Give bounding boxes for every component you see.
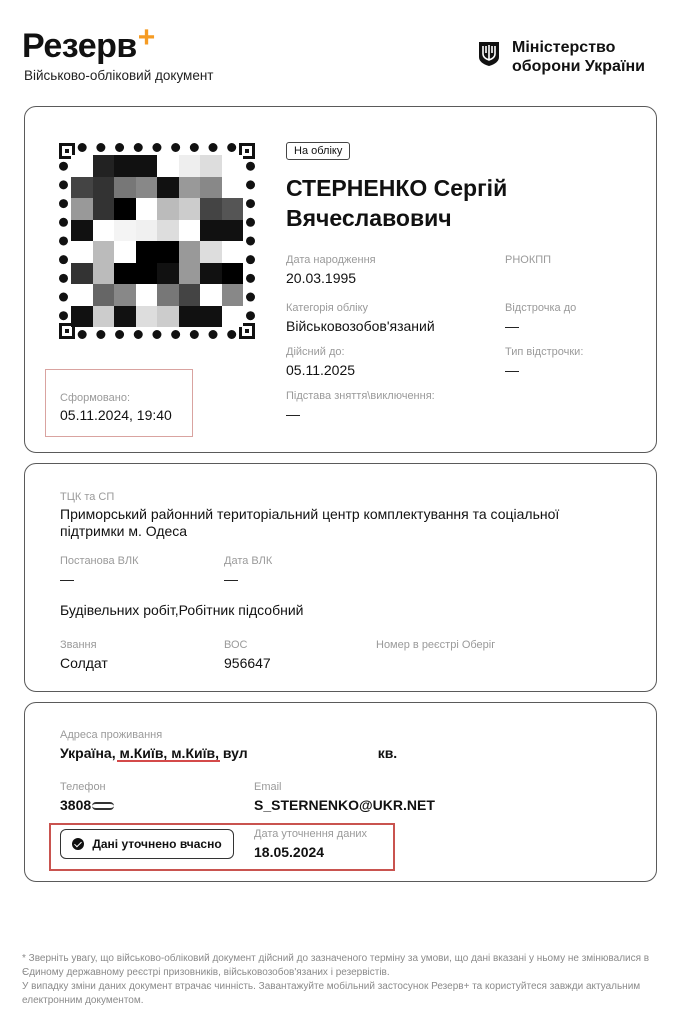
field-value: 05.11.2025 <box>286 361 355 379</box>
footnote-line-1: * Зверніть увагу, що військово-обліковий… <box>22 952 652 980</box>
field-label: Відстрочка до <box>505 301 576 315</box>
status-badge: На обліку <box>286 142 350 160</box>
field-birth-date: Дата народження 20.03.1995 <box>286 253 376 287</box>
registration-card: ТЦК та СП Приморський районний територіа… <box>24 463 657 692</box>
field-label: Звання <box>60 638 108 652</box>
brand-block: Резерв+ Військово-обліковий документ <box>22 28 213 83</box>
field-value: Україна, м.Київ, м.Київ, вулкв. <box>60 744 397 762</box>
field-label: ВОС <box>224 638 271 652</box>
field-removal-basis: Підстава зняття\виключення: — <box>286 389 435 423</box>
field-label: РНОКПП <box>505 253 551 267</box>
field-address: Адреса проживання Україна, м.Київ, м.Киї… <box>60 728 397 762</box>
formed-label: Сформовано: <box>60 392 130 404</box>
field-oberig-number: Номер в реєстрі Оберіг <box>376 638 495 654</box>
surname-name: СТЕРНЕНКО Сергій <box>286 173 606 203</box>
field-vlk-resolution: Постанова ВЛК — <box>60 554 138 588</box>
field-value: — <box>60 570 138 588</box>
person-full-name: СТЕРНЕНКО Сергій Вячеславович <box>286 173 606 233</box>
field-label: Номер в реєстрі Оберіг <box>376 638 495 652</box>
field-value: 956647 <box>224 654 271 672</box>
ministry-line-1: Міністерство <box>512 38 645 57</box>
data-updated-chip: Дані уточнено вчасно <box>60 829 234 859</box>
field-label: Дата ВЛК <box>224 554 272 568</box>
field-value: — <box>505 317 576 335</box>
field-tck: ТЦК та СП Приморський районний територіа… <box>60 490 620 540</box>
profession: Будівельних робіт,Робітник підсобний <box>60 602 303 618</box>
field-label: Телефон <box>60 780 114 794</box>
field-rnokpp: РНОКПП <box>505 253 551 269</box>
field-email: Email S_STERNENKO@UKR.NET <box>254 780 435 814</box>
identity-card: Сформовано: 05.11.2024, 19:40 На обліку … <box>24 106 657 453</box>
qr-code[interactable] <box>59 143 255 339</box>
field-vos: ВОС 956647 <box>224 638 271 672</box>
field-vlk-date: Дата ВЛК — <box>224 554 272 588</box>
ministry-line-2: оборони України <box>512 57 645 76</box>
field-rank: Звання Солдат <box>60 638 108 672</box>
address-end: кв. <box>378 745 398 761</box>
app-title: Резерв+ <box>22 28 213 66</box>
formed-value: 05.11.2024, 19:40 <box>60 407 172 423</box>
field-label: Дата народження <box>286 253 376 267</box>
city-annotation-underline <box>117 760 220 762</box>
field-label: Адреса проживання <box>60 728 397 742</box>
footnote: * Зверніть увагу, що військово-обліковий… <box>22 952 652 1008</box>
qr-pixelated-area <box>71 155 243 327</box>
field-value: Солдат <box>60 654 108 672</box>
field-value: 18.05.2024 <box>254 843 367 861</box>
phone-redaction <box>92 802 114 810</box>
footnote-line-2: У випадку зміни даних документ втрачає ч… <box>22 980 652 1008</box>
ministry-name: Міністерство оборони України <box>512 38 645 76</box>
field-deferral-until: Відстрочка до — <box>505 301 576 335</box>
field-phone: Телефон 3808 <box>60 780 114 814</box>
ministry-block: Міністерство оборони України <box>478 38 645 76</box>
field-label: ТЦК та СП <box>60 490 620 504</box>
patronymic: Вячеславович <box>286 203 606 233</box>
phone-visible: 3808 <box>60 797 91 813</box>
field-value: 20.03.1995 <box>286 269 376 287</box>
field-label: Тип відстрочки: <box>505 345 583 359</box>
field-value: — <box>286 405 435 423</box>
document-header: Резерв+ Військово-обліковий документ Мін… <box>0 0 673 100</box>
field-value: S_STERNENKO@UKR.NET <box>254 796 435 814</box>
address-start: Україна, м.Київ, м.Київ, вул <box>60 745 248 761</box>
field-label: Постанова ВЛК <box>60 554 138 568</box>
field-value: 3808 <box>60 796 114 814</box>
contacts-card: Адреса проживання Україна, м.Київ, м.Киї… <box>24 702 657 882</box>
field-deferral-type: Тип відстрочки: — <box>505 345 583 379</box>
field-label: Дійсний до: <box>286 345 355 359</box>
address-redaction <box>248 747 378 761</box>
field-label: Підстава зняття\виключення: <box>286 389 435 403</box>
field-value: Приморський районний територіальний цент… <box>60 506 620 540</box>
plus-icon: + <box>138 21 155 54</box>
field-update-date: Дата уточнення даних 18.05.2024 <box>254 827 367 861</box>
field-label: Дата уточнення даних <box>254 827 367 841</box>
field-valid-until: Дійсний до: 05.11.2025 <box>286 345 355 379</box>
chip-label: Дані уточнено вчасно <box>92 837 221 851</box>
field-value: Військовозобов'язаний <box>286 317 435 335</box>
field-label: Категорія обліку <box>286 301 435 315</box>
field-category: Категорія обліку Військовозобов'язаний <box>286 301 435 335</box>
field-label: Email <box>254 780 435 794</box>
field-value: — <box>224 570 272 588</box>
field-value: — <box>505 361 583 379</box>
check-circle-icon <box>72 838 84 850</box>
trident-shield-icon <box>478 41 500 67</box>
document-subtitle: Військово-обліковий документ <box>24 68 213 83</box>
formed-annotation-box: Сформовано: 05.11.2024, 19:40 <box>45 369 193 437</box>
